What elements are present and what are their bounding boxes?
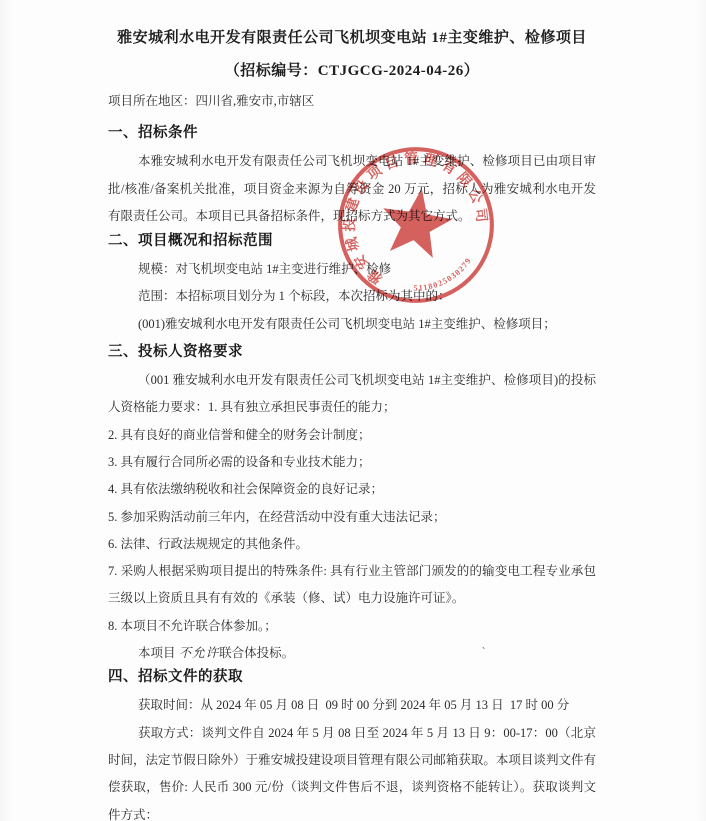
tender-document-page: 雅安城利水电开发有限责任公司飞机坝变电站 1#主变维护、检修项目 （招标编号：C… [0, 0, 706, 821]
qualification-item-2: 2. 具有良好的商业信誉和健全的财务会计制度； [108, 422, 596, 449]
qualification-item-8: 8. 本项目不允许联合体参加。； [108, 613, 596, 640]
project-scope-line: 范围：本招标项目划分为 1 个标段，本次招标为其中的： [108, 283, 596, 310]
qualification-intro: （001 雅安城利水电开发有限责任公司飞机坝变电站 1#主变维护、检修项目)的投… [108, 367, 596, 422]
project-scale-line: 规模：对飞机坝变电站 1#主变进行维护、检修 [108, 256, 596, 283]
section1-heading: 一、招标条件 [108, 119, 596, 148]
note-emphasis: 不允许 [179, 646, 220, 660]
section1-body: 本雅安城利水电开发有限责任公司飞机坝变电站 1#主变维护、检修项目已由项目审批/… [108, 148, 596, 230]
qualification-item-6: 6. 法律、行政法规规定的其他条件。 [108, 531, 596, 558]
project-location-line: 项目所在地区：四川省,雅安市,市辖区 [108, 88, 596, 115]
tender-number-line: （招标编号：CTJGCG-2024-04-26） [108, 55, 596, 88]
section2-heading: 二、项目概况和招标范围 [108, 227, 596, 256]
section3-heading: 三、投标人资格要求 [108, 338, 596, 367]
note-suffix: 联合体投标。 [219, 646, 294, 660]
obtain-method-line: 获取方式：谈判文件自 2024 年 5 月 08 日至 2024 年 5 月 1… [108, 720, 596, 821]
qualification-item-7: 7. 采购人根据采购项目提出的特殊条件: 具有行业主管部门颁发的的输变电工程专业… [108, 558, 596, 613]
qualification-item-4: 4. 具有依法缴纳税收和社会保障资金的良好记录； [108, 476, 596, 503]
qualification-item-5: 5. 参加采购活动前三年内，在经营活动中没有重大违法记录； [108, 504, 596, 531]
document-title: 雅安城利水电开发有限责任公司飞机坝变电站 1#主变维护、检修项目 [108, 22, 596, 55]
lot-001-line: (001)雅安城利水电开发有限责任公司飞机坝变电站 1#主变维护、检修项目； [108, 311, 596, 338]
section4-heading: 四、招标文件的获取 [108, 663, 596, 692]
note-prefix: 本项目 [138, 646, 179, 660]
obtain-time-line: 获取时间：从 2024 年 05 月 08 日 09 时 00 分到 2024 … [108, 692, 596, 719]
qualification-item-3: 3. 具有履行合同所必需的设备和专业技术能力； [108, 449, 596, 476]
